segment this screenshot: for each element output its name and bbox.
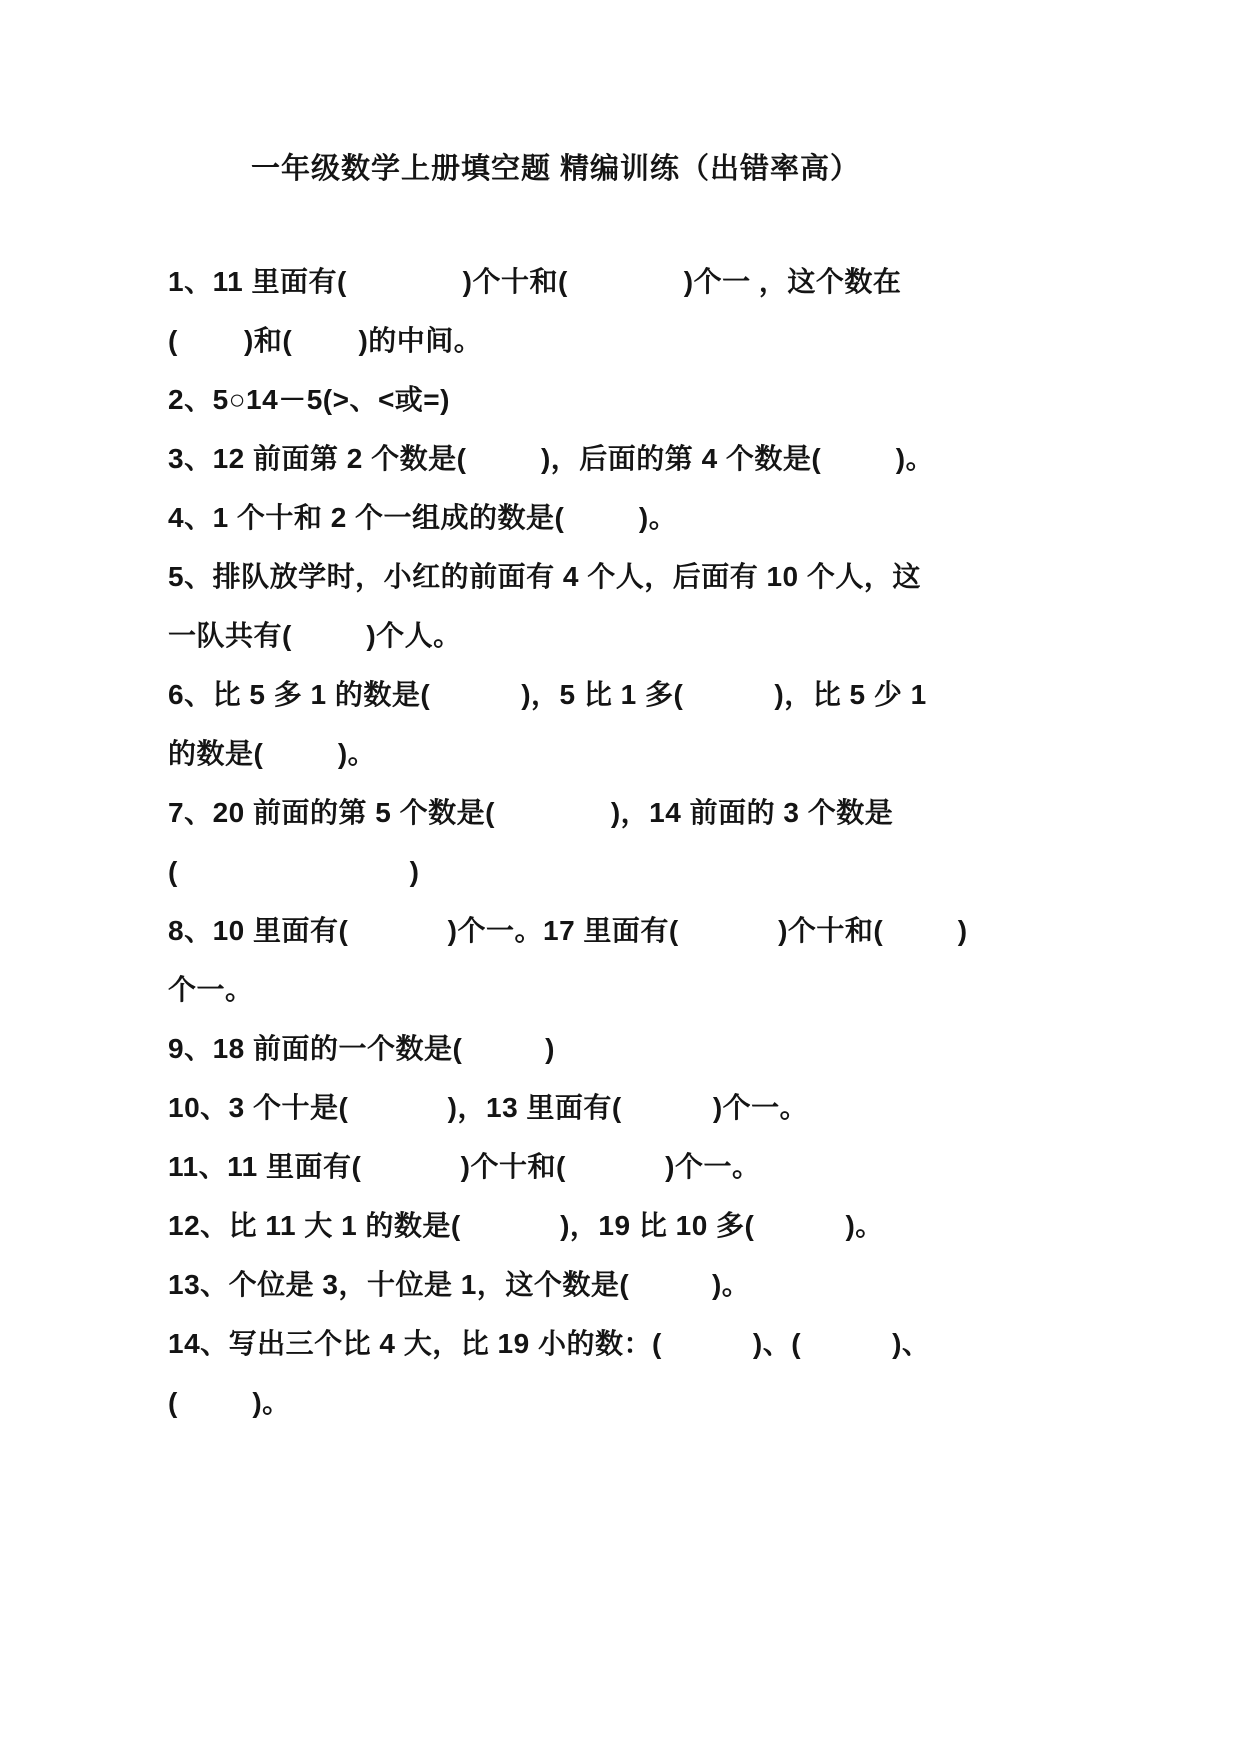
question-8-line-2: 个一。	[168, 960, 1101, 1019]
question-2-line-1: 2、5○14－5(>、<或=)	[168, 370, 1101, 429]
question-12: 12、比 11 大 1 的数是( )，19 比 10 多( )。	[168, 1196, 1101, 1255]
question-4: 4、1 个十和 2 个一组成的数是( )。	[168, 488, 1101, 547]
question-1-line-2: ( )和( )的中间。	[168, 311, 1101, 370]
question-13-line-1: 13、个位是 3，十位是 1，这个数是( )。	[168, 1255, 1101, 1314]
question-10: 10、3 个十是( )，13 里面有( )个一。	[168, 1078, 1101, 1137]
question-14-line-1: 14、写出三个比 4 大，比 19 小的数：( )、( )、	[168, 1314, 1101, 1373]
question-1-line-1: 1、11 里面有( )个十和( )个一 ，这个数在	[168, 252, 1101, 311]
question-9-line-1: 9、18 前面的一个数是( )	[168, 1019, 1101, 1078]
question-3-line-1: 3、12 前面第 2 个数是( )，后面的第 4 个数是( )。	[168, 429, 1101, 488]
question-14: 14、写出三个比 4 大，比 19 小的数：( )、( )、 ( )。	[168, 1314, 1101, 1432]
question-5-line-2: 一队共有( )个人。	[168, 606, 1101, 665]
question-4-line-1: 4、1 个十和 2 个一组成的数是( )。	[168, 488, 1101, 547]
question-5: 5、排队放学时，小红的前面有 4 个人，后面有 10 个人，这 一队共有( )个…	[168, 547, 1101, 665]
question-7-line-1: 7、20 前面的第 5 个数是( )，14 前面的 3 个数是	[168, 783, 1101, 842]
question-6-line-1: 6、比 5 多 1 的数是( )，5 比 1 多( )，比 5 少 1	[168, 665, 1101, 724]
question-7: 7、20 前面的第 5 个数是( )，14 前面的 3 个数是 ( )	[168, 783, 1101, 901]
question-3: 3、12 前面第 2 个数是( )，后面的第 4 个数是( )。	[168, 429, 1101, 488]
question-7-line-2: ( )	[168, 842, 1101, 901]
question-9: 9、18 前面的一个数是( )	[168, 1019, 1101, 1078]
question-8: 8、10 里面有( )个一。17 里面有( )个十和( ) 个一。	[168, 901, 1101, 1019]
question-6: 6、比 5 多 1 的数是( )，5 比 1 多( )，比 5 少 1 的数是(…	[168, 665, 1101, 783]
question-2: 2、5○14－5(>、<或=)	[168, 370, 1101, 429]
question-14-line-2: ( )。	[168, 1373, 1101, 1432]
question-12-line-1: 12、比 11 大 1 的数是( )，19 比 10 多( )。	[168, 1196, 1101, 1255]
question-11: 11、11 里面有( )个十和( )个一。	[168, 1137, 1101, 1196]
worksheet-page: 一年级数学上册填空题 精编训练（出错率高） 1、11 里面有( )个十和( )个…	[0, 0, 1241, 1754]
question-5-line-1: 5、排队放学时，小红的前面有 4 个人，后面有 10 个人，这	[168, 547, 1101, 606]
worksheet-title: 一年级数学上册填空题 精编训练（出错率高）	[0, 146, 1111, 187]
question-8-line-1: 8、10 里面有( )个一。17 里面有( )个十和( )	[168, 901, 1101, 960]
questions-list: 1、11 里面有( )个十和( )个一 ，这个数在 ( )和( )的中间。 2、…	[168, 252, 1101, 1432]
question-10-line-1: 10、3 个十是( )，13 里面有( )个一。	[168, 1078, 1101, 1137]
question-6-line-2: 的数是( )。	[168, 724, 1101, 783]
question-1: 1、11 里面有( )个十和( )个一 ，这个数在 ( )和( )的中间。	[168, 252, 1101, 370]
question-11-line-1: 11、11 里面有( )个十和( )个一。	[168, 1137, 1101, 1196]
question-13: 13、个位是 3，十位是 1，这个数是( )。	[168, 1255, 1101, 1314]
